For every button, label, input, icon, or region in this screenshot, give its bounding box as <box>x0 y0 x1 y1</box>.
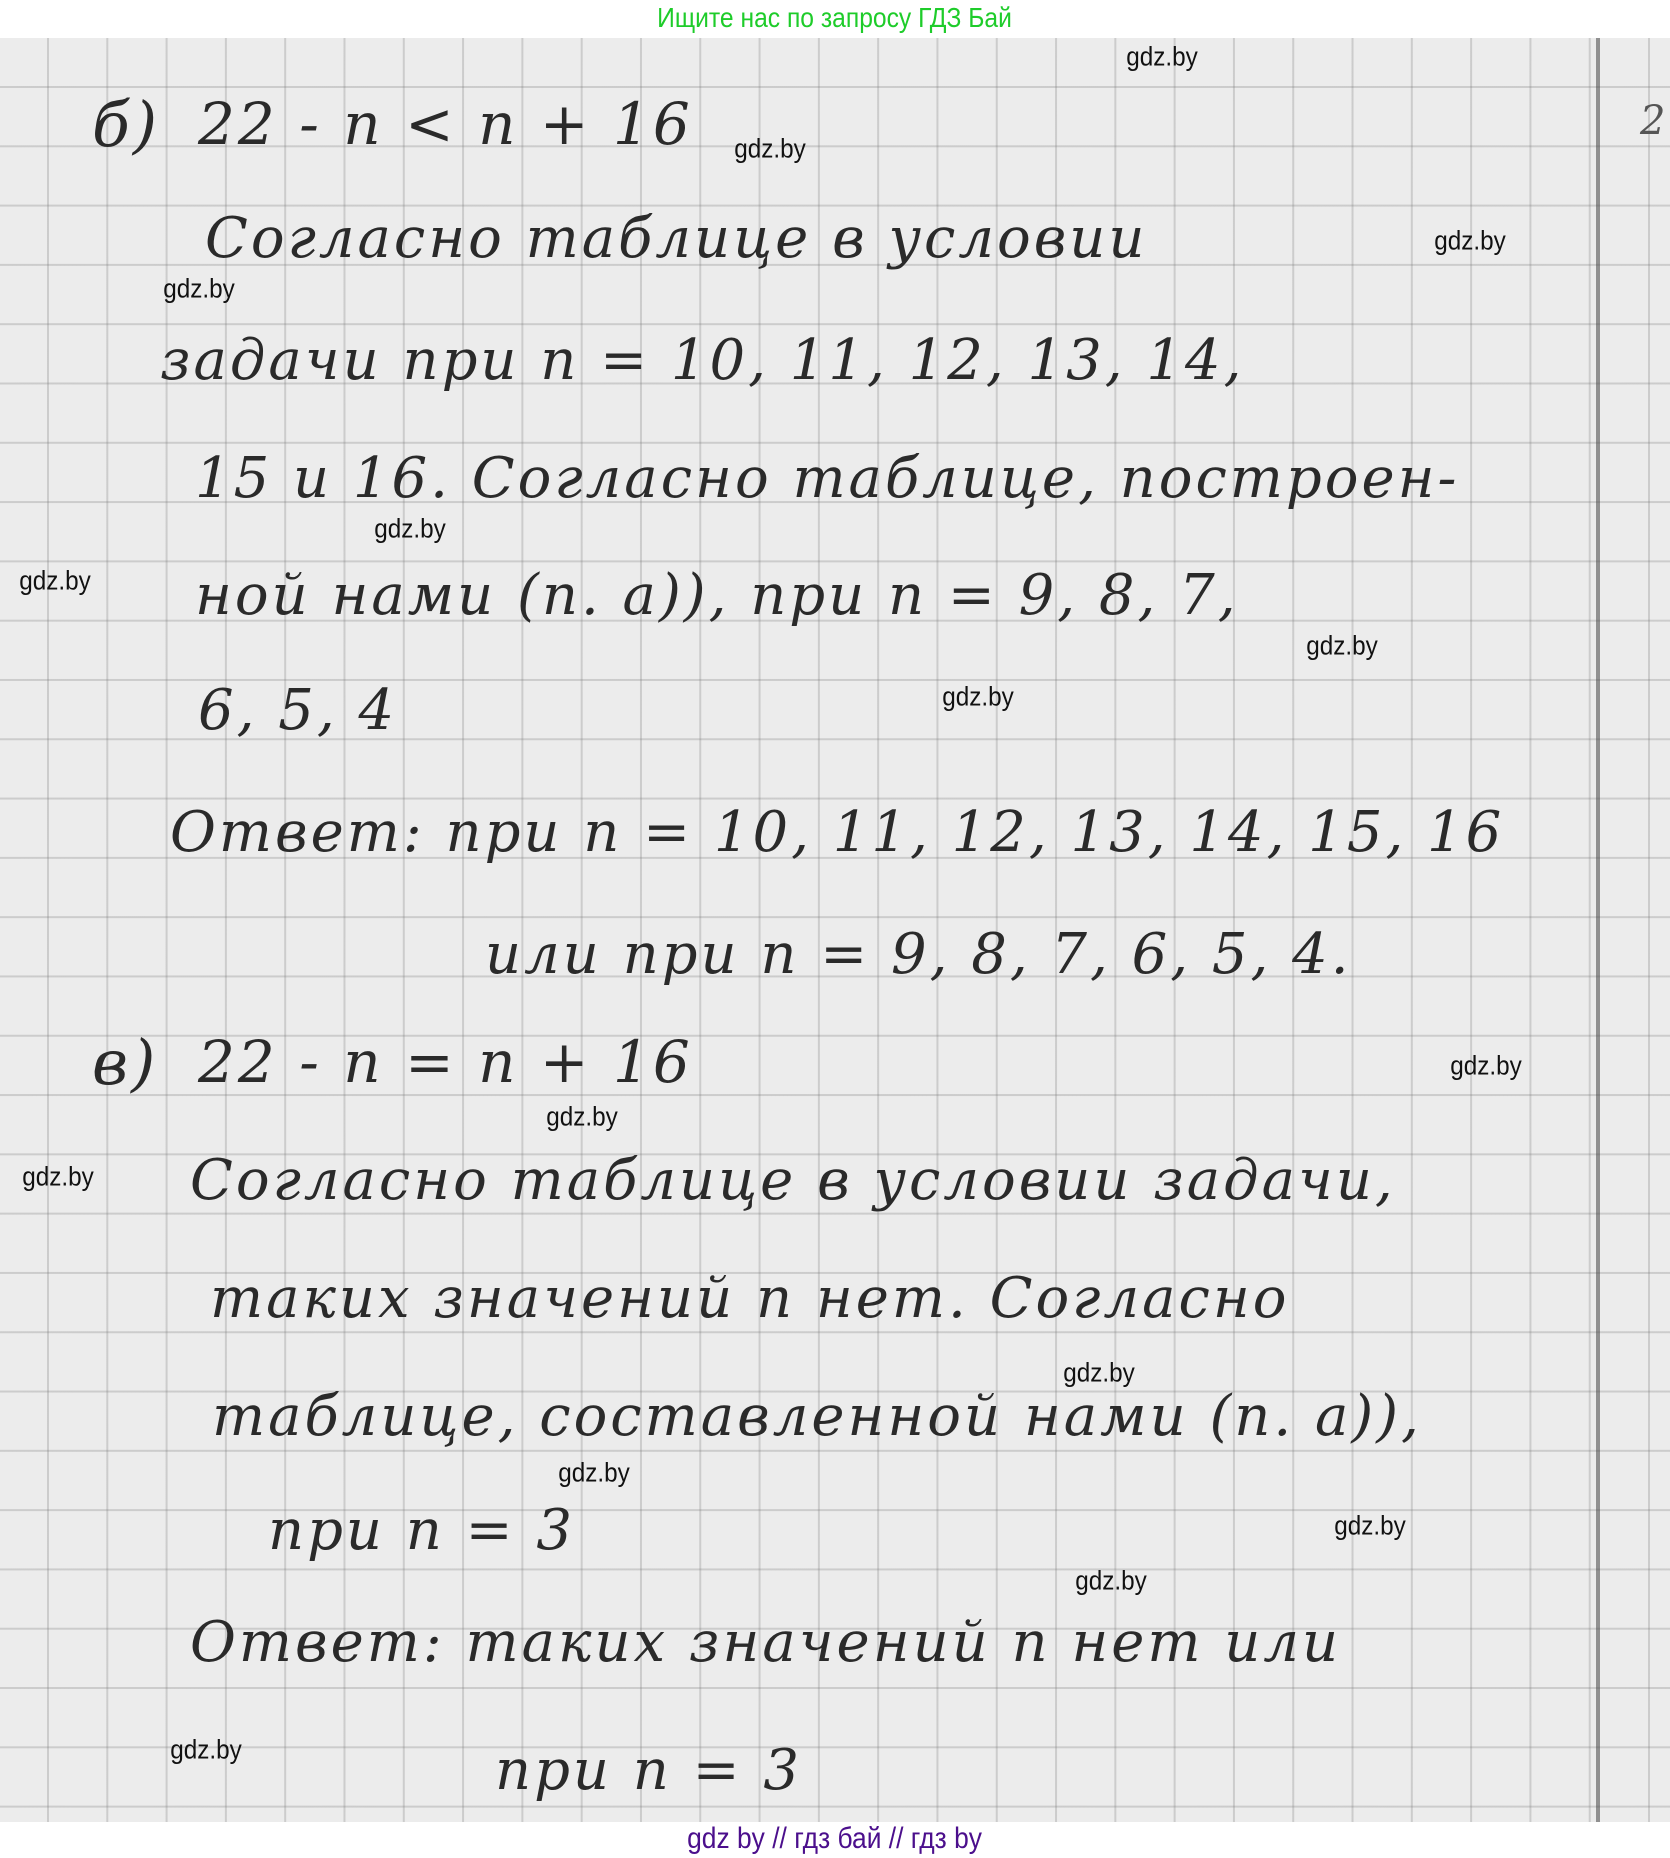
part-b-label: б) <box>92 88 160 161</box>
part-b-line-4: ной нами (п. а)), при n = 9, 8, 7, <box>195 563 1239 628</box>
watermark: gdz.by <box>22 1162 94 1193</box>
part-v-answer-2: при n = 3 <box>495 1738 802 1803</box>
notebook-page: 2 б) 22 - n < n + 16 Согласно таблице в … <box>0 38 1670 1822</box>
part-v-equation: 22 - n = n + 16 <box>198 1028 693 1096</box>
part-b-answer-2: или при n = 9, 8, 7, 6, 5, 4. <box>485 922 1352 987</box>
watermark: gdz.by <box>1306 631 1378 662</box>
watermark: gdz.by <box>1334 1511 1406 1542</box>
part-v-line-3: таблице, составленной нами (п. а)), <box>212 1384 1422 1449</box>
watermark: gdz.by <box>1075 1566 1147 1597</box>
watermark: gdz.by <box>1063 1358 1135 1389</box>
watermark: gdz.by <box>1434 226 1506 257</box>
part-v-line-4: при n = 3 <box>268 1498 575 1563</box>
watermark: gdz.by <box>558 1458 630 1489</box>
watermark: gdz.by <box>734 134 806 165</box>
watermark: gdz.by <box>163 274 235 305</box>
watermark: gdz.by <box>1126 42 1198 73</box>
part-b-equation: 22 - n < n + 16 <box>198 90 693 158</box>
part-b-line-5: 6, 5, 4 <box>198 678 397 743</box>
part-v-line-2: таких значений n нет. Согласно <box>210 1266 1289 1331</box>
watermark: gdz.by <box>546 1102 618 1133</box>
margin-line <box>1596 38 1600 1822</box>
top-banner-text[interactable]: Ищите нас по запросу ГДЗ Бай <box>658 2 1013 34</box>
page-number: 2 <box>1640 98 1665 144</box>
part-b-answer-1: Ответ: при n = 10, 11, 12, 13, 14, 15, 1… <box>170 800 1504 865</box>
part-b-line-3: 15 и 16. Согласно таблице, построен- <box>195 446 1459 511</box>
part-v-line-1: Согласно таблице в условии задачи, <box>190 1148 1396 1213</box>
watermark: gdz.by <box>374 514 446 545</box>
watermark: gdz.by <box>942 682 1014 713</box>
part-v-label: в) <box>92 1026 158 1099</box>
part-b-line-2: задачи при n = 10, 11, 12, 13, 14, <box>160 328 1244 393</box>
part-v-answer-1: Ответ: таких значений n нет или <box>190 1610 1341 1675</box>
watermark: gdz.by <box>1450 1051 1522 1082</box>
watermark: gdz.by <box>19 566 91 597</box>
top-banner: Ищите нас по запросу ГДЗ Бай <box>0 0 1670 38</box>
part-b-line-1: Согласно таблице в условии <box>205 206 1147 271</box>
watermark: gdz.by <box>170 1735 242 1766</box>
bottom-banner-links[interactable]: gdz by // гдз бай // гдз by <box>688 1822 983 1856</box>
bottom-banner: gdz by // гдз бай // гдз by <box>0 1822 1670 1858</box>
